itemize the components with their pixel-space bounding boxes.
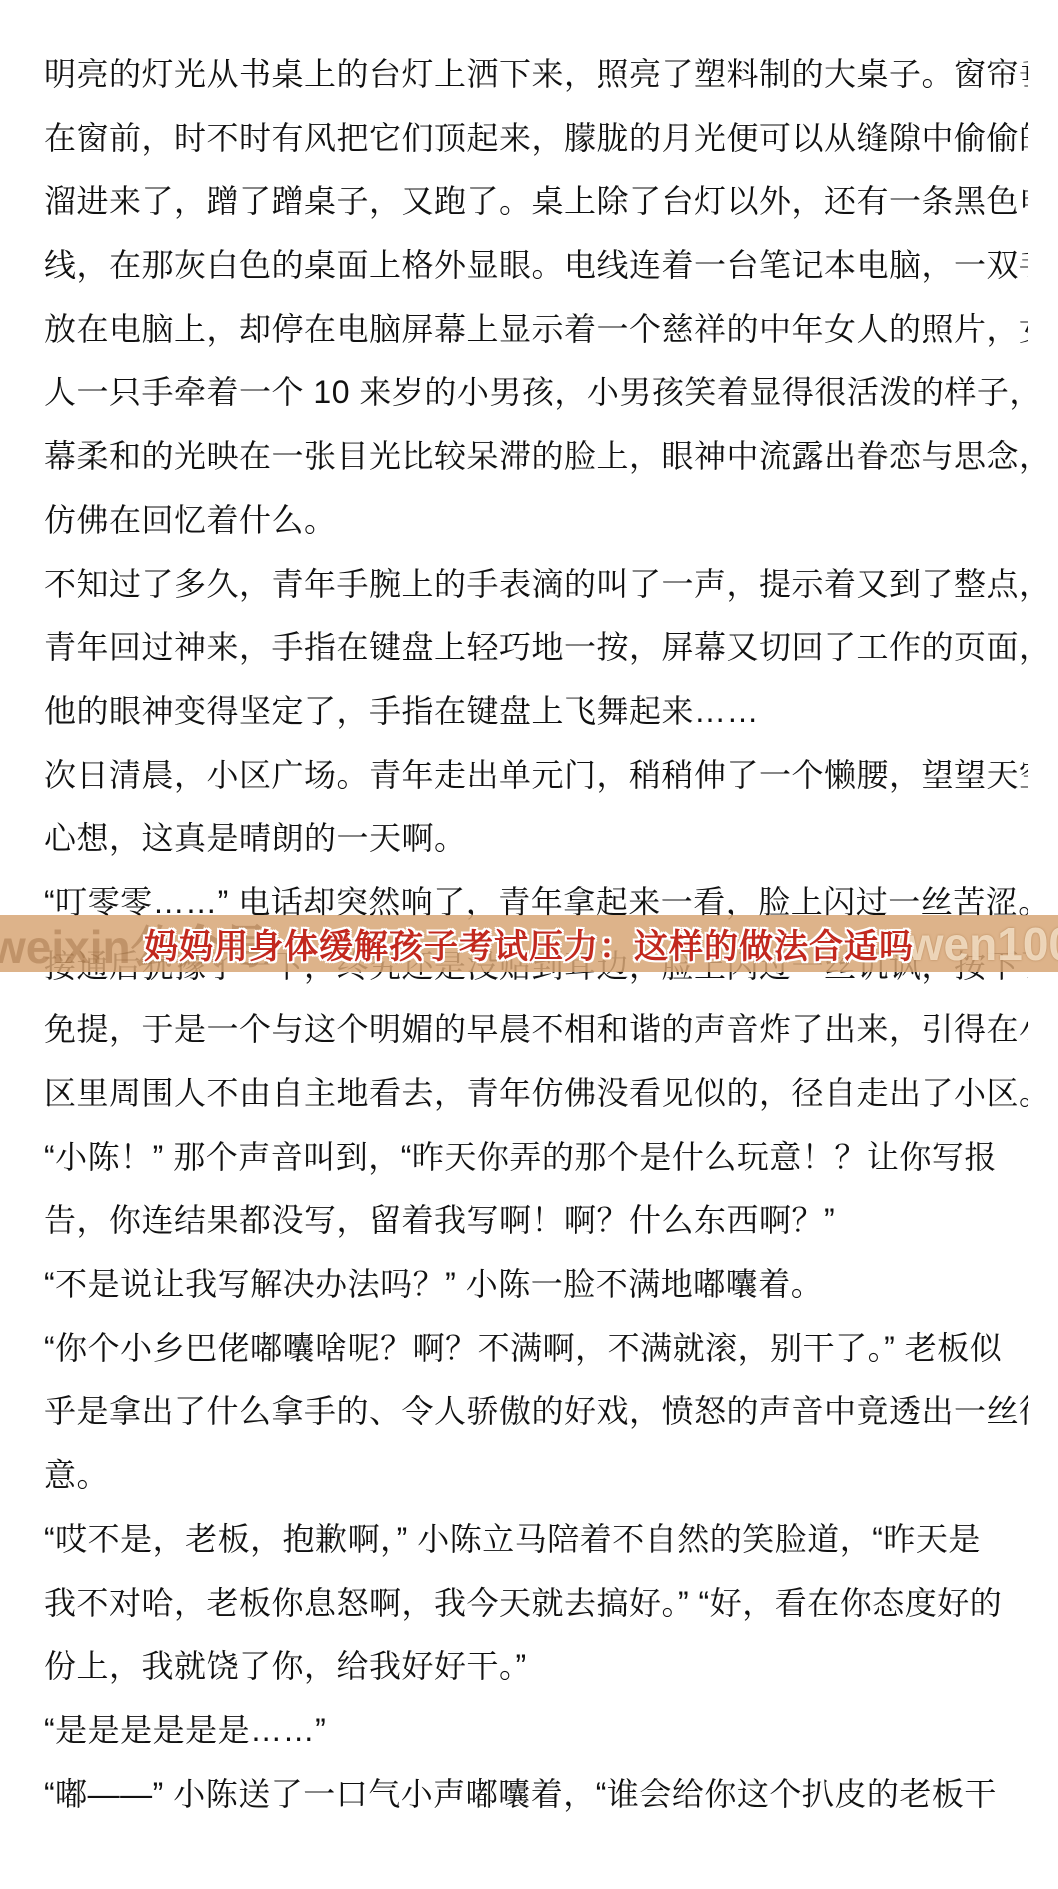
text-line: 份上，我就饶了你，给我好好干。” <box>44 1635 1028 1699</box>
overlay-banner: weixin公众号 妈妈用身体缓解孩子考试压力：这样的做法合适吗 wen100 <box>0 915 1058 972</box>
text-line: 在窗前，时不时有风把它们顶起来，朦胧的月光便可以从缝隙中偷偷的 <box>44 107 1028 171</box>
text-line: 不知过了多久，青年手腕上的手表滴的叫了一声，提示着又到了整点， <box>44 553 1028 617</box>
text-line: 幕柔和的光映在一张目光比较呆滞的脸上，眼神中流露出眷恋与思念， <box>44 425 1028 489</box>
text-line: 仿佛在回忆着什么。 <box>44 489 1028 553</box>
text-line: “不是说让我写解决办法吗？” 小陈一脸不满地嘟囔着。 <box>44 1253 1028 1317</box>
text-line: “小陈！” 那个声音叫到，“昨天你弄的那个是什么玩意！？让你写报 <box>44 1126 1028 1190</box>
text-line: 免提，于是一个与这个明媚的早晨不相和谐的声音炸了出来，引得在小 <box>44 998 1028 1062</box>
page: { "page": { "background": "#ffffff", "te… <box>0 0 1058 1889</box>
text-line: 乎是拿出了什么拿手的、令人骄傲的好戏，愤怒的声音中竟透出一丝得 <box>44 1380 1028 1444</box>
text-line: 我不对哈，老板你息怒啊，我今天就去搞好。” “好，看在你态度好的 <box>44 1572 1028 1636</box>
text-line: 意。 <box>44 1444 1028 1508</box>
text-line: 青年回过神来，手指在键盘上轻巧地一按，屏幕又切回了工作的页面， <box>44 616 1028 680</box>
text-line: 放在电脑上，却停在电脑屏幕上显示着一个慈祥的中年女人的照片，女 <box>44 298 1028 362</box>
text-line: 溜进来了，蹭了蹭桌子，又跑了。桌上除了台灯以外，还有一条黑色电 <box>44 170 1028 234</box>
text-line: 次日清晨，小区广场。青年走出单元门，稍稍伸了一个懒腰，望望天空， <box>44 744 1028 808</box>
text-line: 明亮的灯光从书桌上的台灯上洒下来，照亮了塑料制的大桌子。窗帘垂 <box>44 43 1028 107</box>
text-line: “嘟——” 小陈送了一口气小声嘟囔着，“谁会给你这个扒皮的老板干 <box>44 1763 1028 1827</box>
text-line: “你个小乡巴佬嘟囔啥呢？啊？不满啊，不满就滚，别干了。” 老板似 <box>44 1317 1028 1381</box>
text-line: 区里周围人不由自主地看去，青年仿佛没看见似的，径自走出了小区。 <box>44 1062 1028 1126</box>
text-line: 线，在那灰白色的桌面上格外显眼。电线连着一台笔记本电脑，一双手 <box>44 234 1028 298</box>
text-line: 告，你连结果都没写，留着我写啊！啊？什么东西啊？” <box>44 1189 1028 1253</box>
text-line: 心想，这真是晴朗的一天啊。 <box>44 807 1028 871</box>
text-line: 他的眼神变得坚定了，手指在键盘上飞舞起来…… <box>44 680 1028 744</box>
text-line: “是是是是是是……” <box>44 1699 1028 1763</box>
text-line: 人一只手牵着一个 10 来岁的小男孩，小男孩笑着显得很活泼的样子，屏 <box>44 361 1028 425</box>
overlay-title: 妈妈用身体缓解孩子考试压力：这样的做法合适吗 <box>0 915 1058 972</box>
text-line: “哎不是，老板，抱歉啊，” 小陈立马陪着不自然的笑脸道，“昨天是 <box>44 1508 1028 1572</box>
